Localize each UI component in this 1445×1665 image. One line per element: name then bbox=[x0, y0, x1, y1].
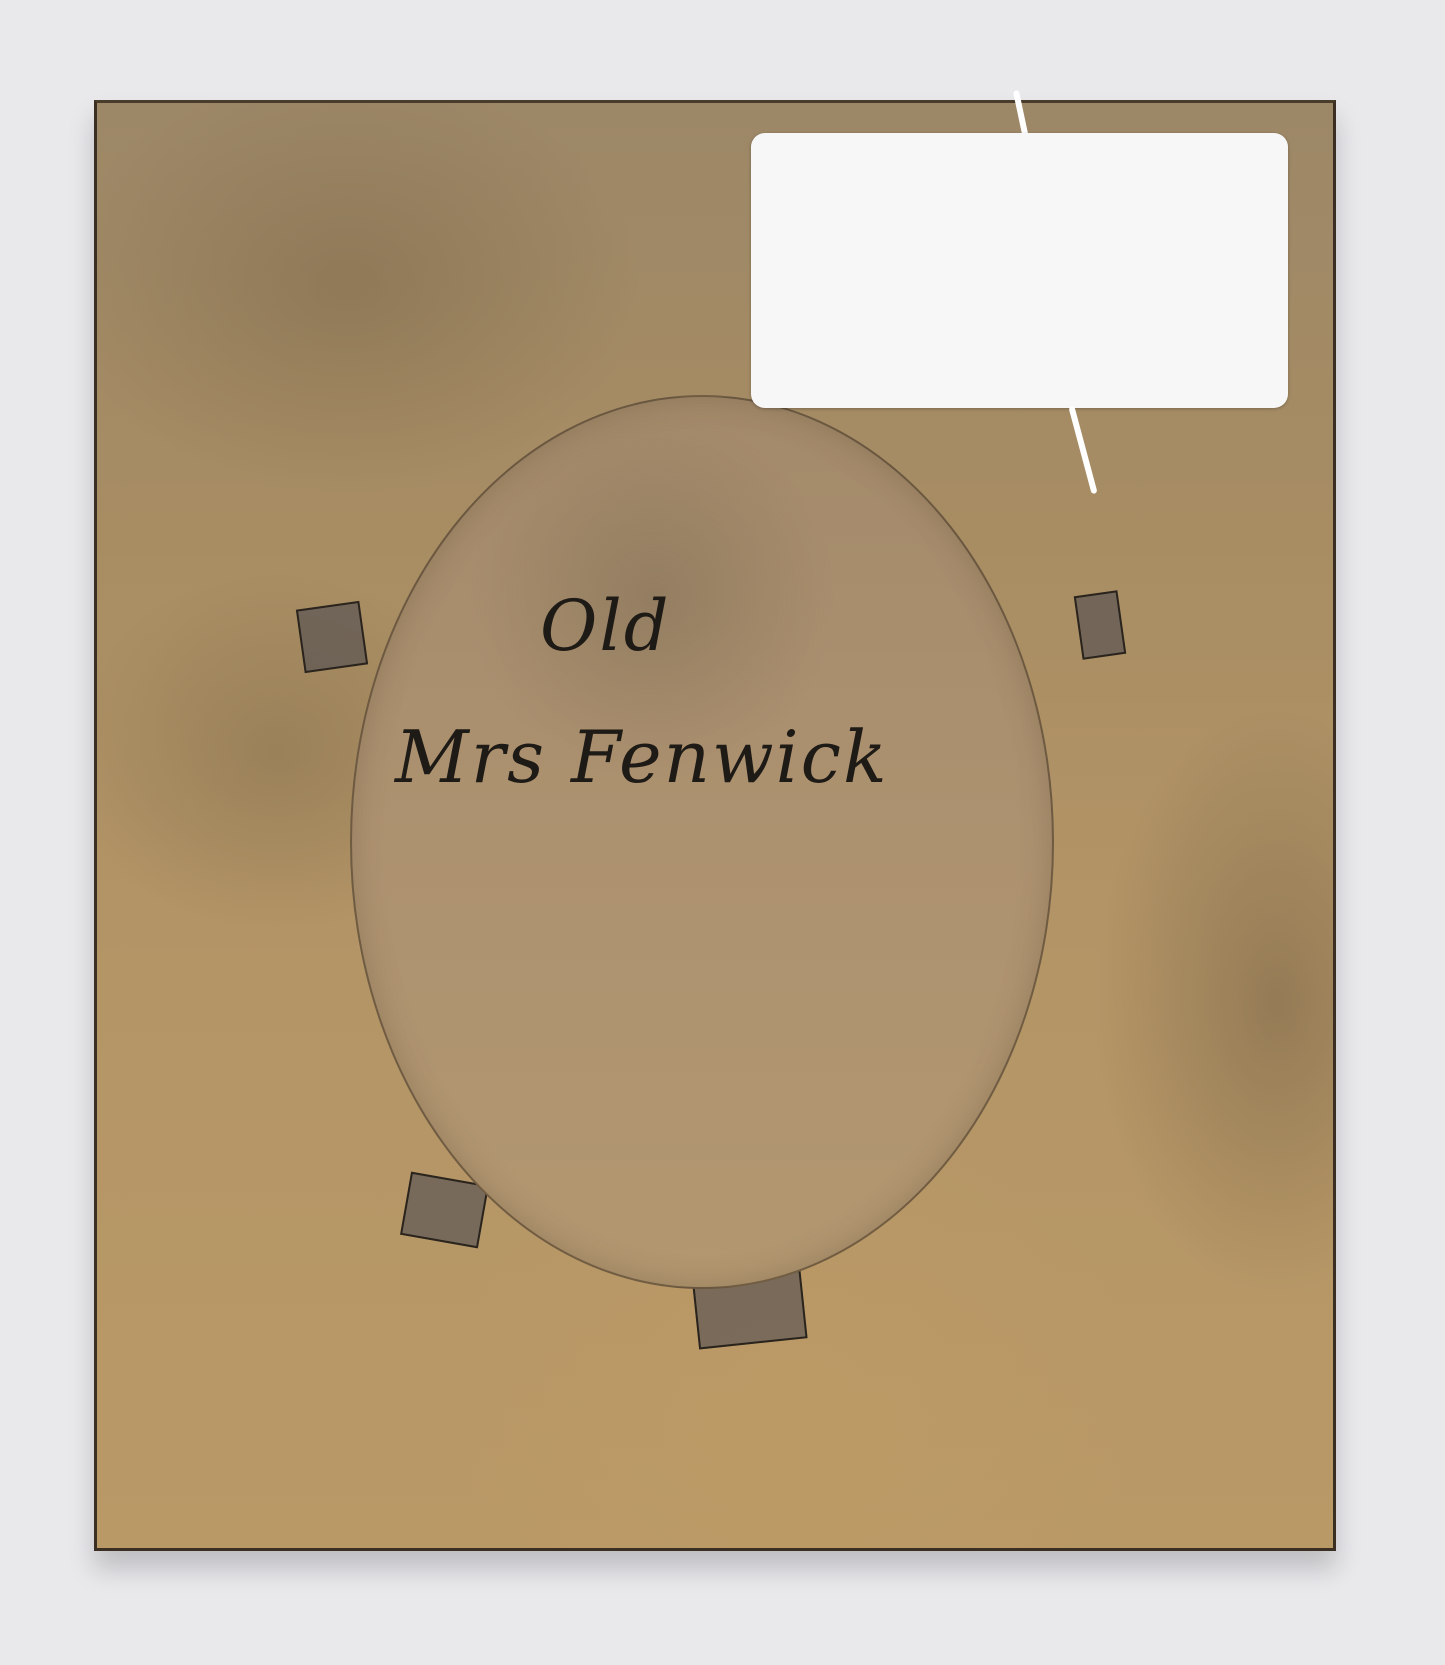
frame-tab bbox=[296, 601, 368, 673]
blank-label-tag bbox=[751, 133, 1288, 408]
frame-tab bbox=[1074, 590, 1126, 660]
oval-paper-backing bbox=[350, 395, 1054, 1289]
inscription-line-2: Mrs Fenwick bbox=[395, 715, 889, 799]
inscription-line-1: Old bbox=[540, 585, 671, 667]
